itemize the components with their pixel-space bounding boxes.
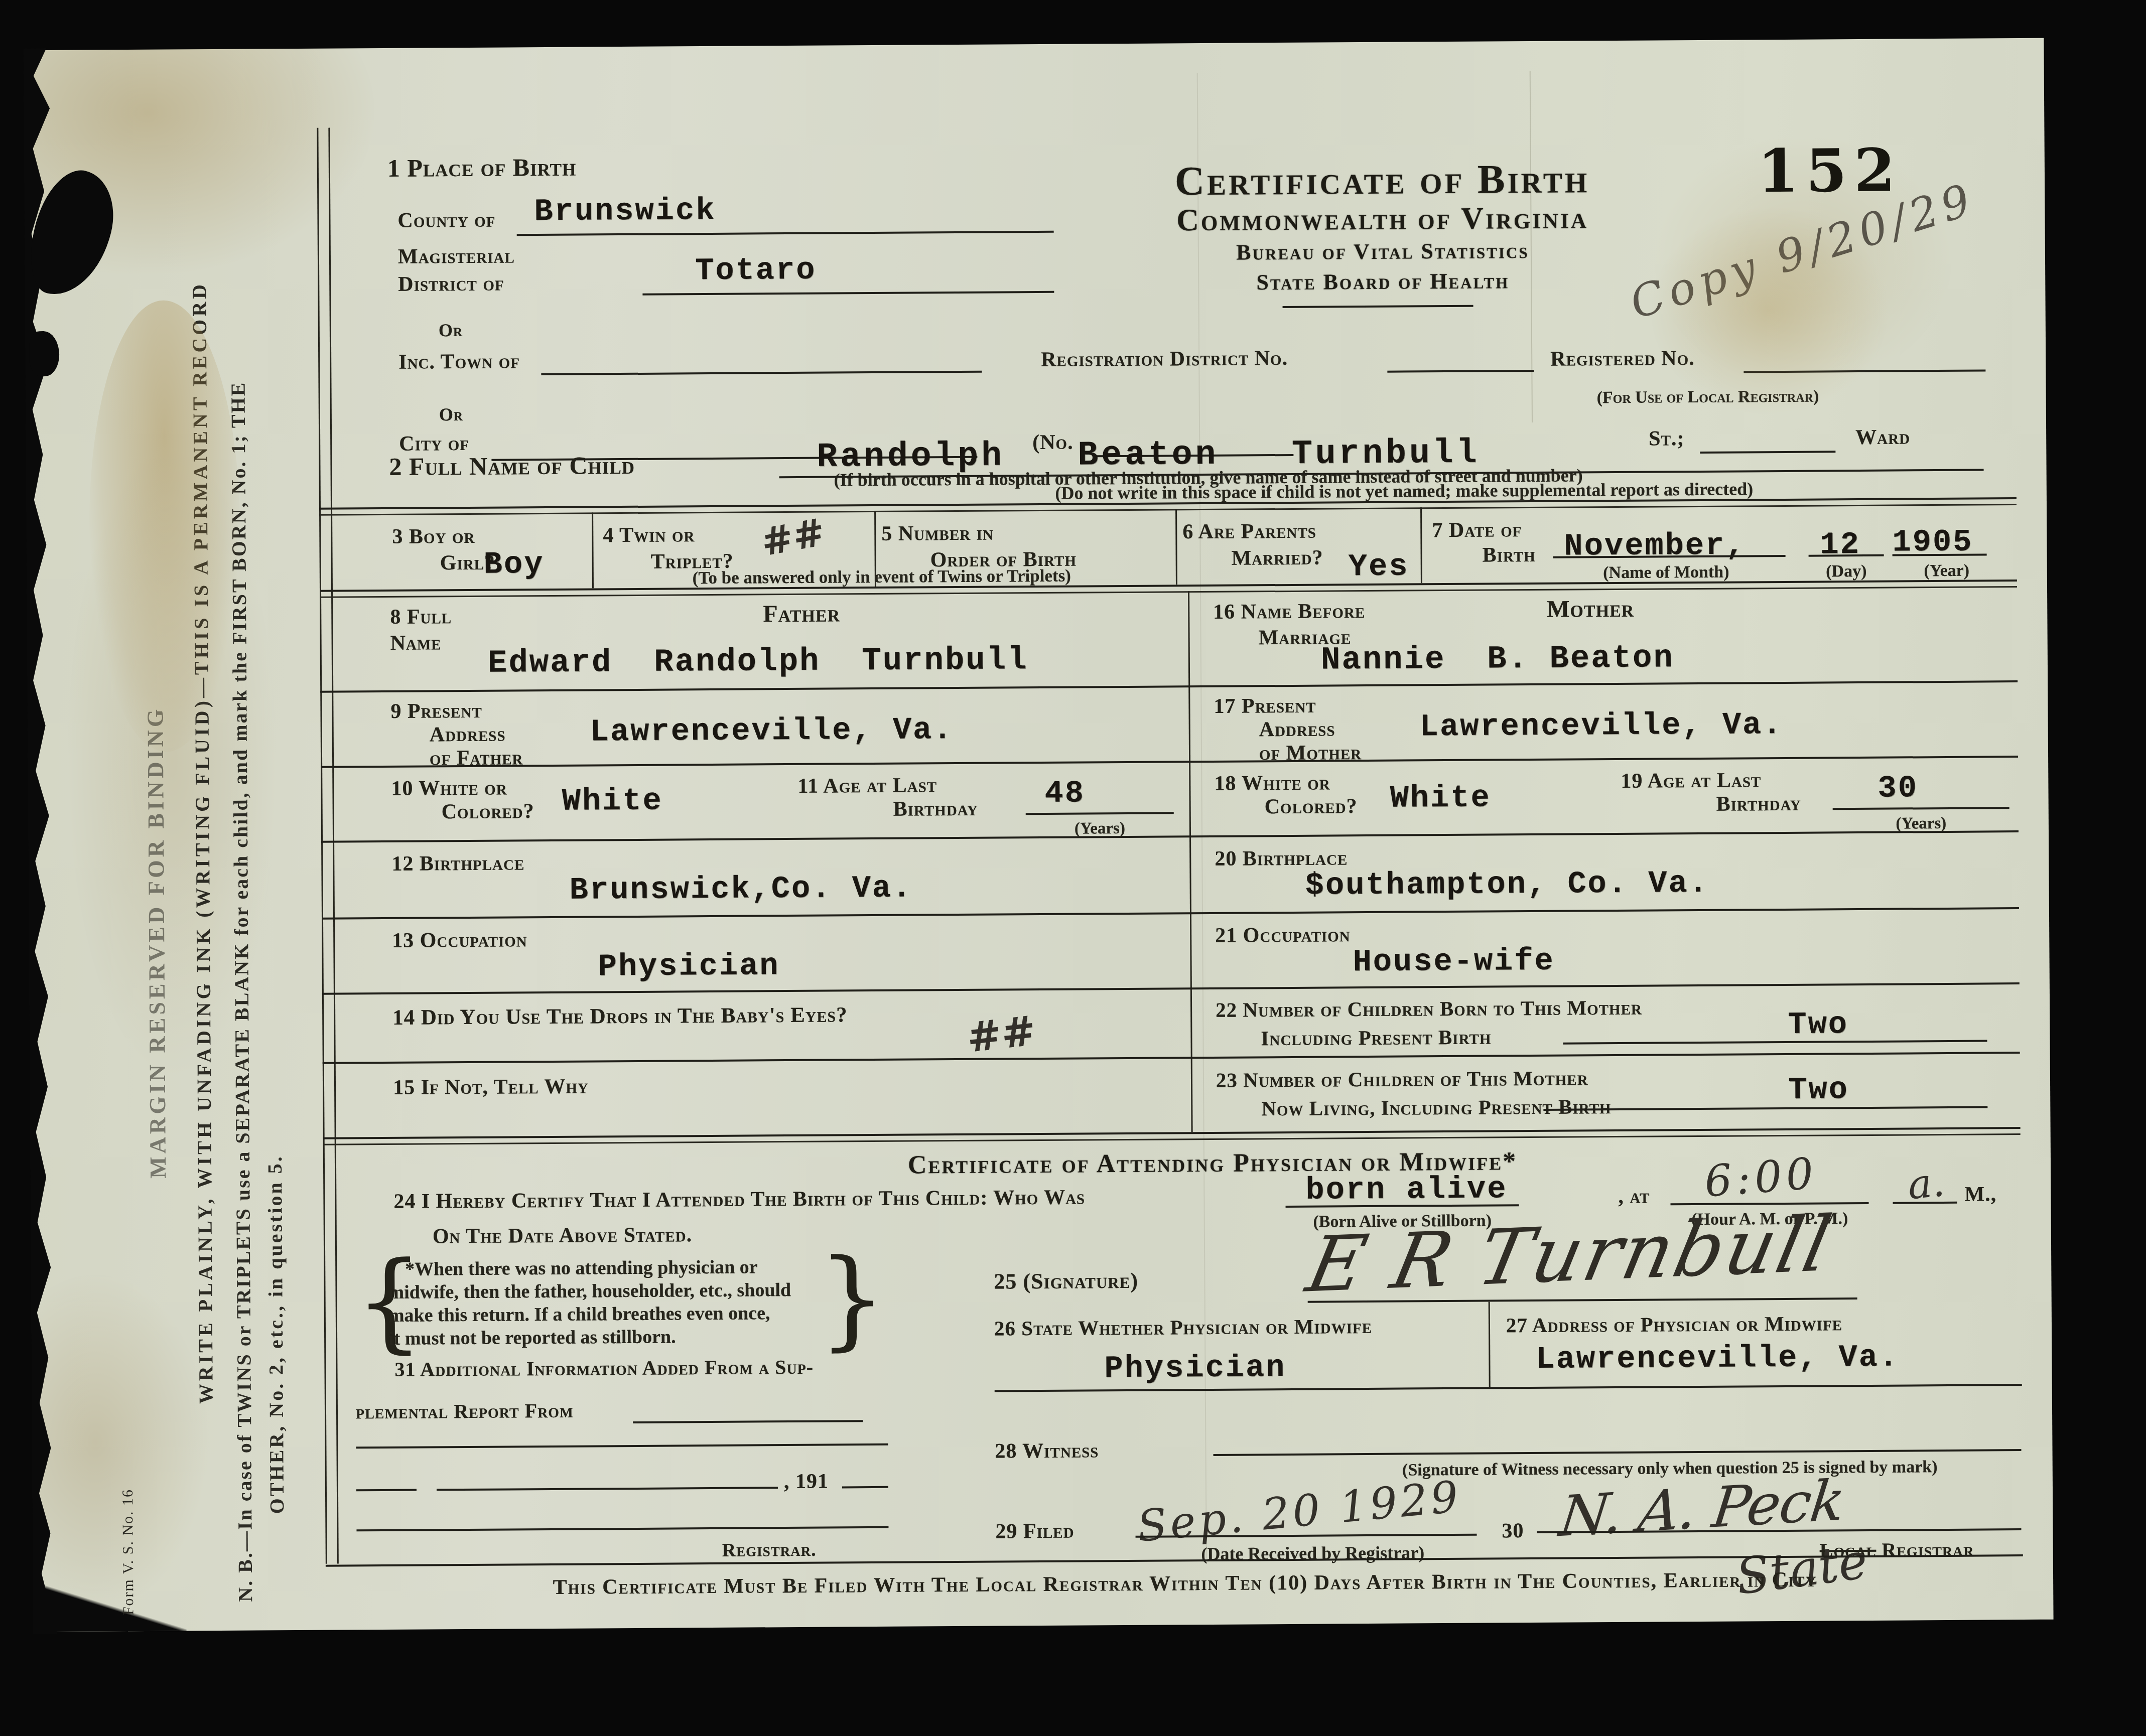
q29-filed-date: Sep. 20 1929 [1135, 1472, 1463, 1552]
certificate-title: Certificate of Birth [1106, 155, 1659, 205]
q10-value: White [562, 783, 662, 819]
q7-month-value: November, [1564, 527, 1746, 564]
q21-value: House-wife [1353, 943, 1554, 980]
q17-value: Lawrenceville, Va. [1419, 707, 1783, 745]
inc-town-line [541, 371, 982, 375]
q14-value: ## [965, 1006, 1038, 1062]
registrar-label: Registrar [1882, 1538, 1974, 1561]
q24-at-label: , at [1618, 1185, 1650, 1209]
q18-label-2: Colored? [1265, 794, 1358, 819]
q12-value: Brunswick,Co. Va. [569, 871, 912, 908]
q22-value: Two [1788, 1006, 1848, 1043]
rule-r13 [322, 982, 2020, 995]
q28-line [1214, 1449, 2022, 1456]
district-line [642, 291, 1054, 296]
rule-c1 [323, 1127, 2021, 1139]
q30-label: 30 [1502, 1519, 1524, 1543]
rule-r8 [320, 680, 2018, 693]
rule-r12 [322, 907, 2019, 920]
q4-label-1: 4 Twin or [603, 523, 695, 547]
q27-value: Lawrenceville, Va. [1536, 1340, 1899, 1377]
q24-ampm-value: a. [1906, 1159, 1946, 1208]
q31-line-2 [356, 1443, 888, 1449]
registrar-left-label: Registrar. [722, 1539, 817, 1561]
board-line: State Board of Health [1107, 267, 1659, 296]
county-line [517, 231, 1054, 236]
commonwealth-subtitle: Commonwealth of Virginia [1106, 200, 1658, 239]
mother-header: Mother [1510, 595, 1671, 623]
q24-line2: On The Date Above Stated. [433, 1223, 693, 1248]
q20-label: 20 Birthplace [1215, 846, 1348, 871]
brace-right-icon: } [818, 1244, 887, 1353]
q19-caption: (Years) [1833, 814, 2009, 833]
stillborn-note-line3: make this return. If a child breathes ev… [388, 1302, 770, 1327]
form-number: Form V. S. No. 16 [119, 1404, 138, 1615]
margin-rule-inner [328, 128, 338, 1564]
q31-line-1 [633, 1420, 863, 1423]
scanned-birth-certificate: { "margin": { "form_no": "Form V. S. No.… [0, 0, 2146, 1736]
q12-label: 12 Birthplace [391, 851, 524, 876]
q27-label: 27 Address of Physician or Midwife [1506, 1311, 1842, 1337]
q24-line1: 24 I Hereby Certify That I Attended The … [393, 1185, 1085, 1213]
q7-day-value: 12 [1820, 527, 1860, 562]
q4-value: ## [757, 509, 828, 564]
registration-district-line [1387, 370, 1534, 373]
full-name-label: 2 Full Name of Child [389, 451, 635, 481]
stillborn-note-line1: *When there was no attending physician o… [405, 1256, 758, 1280]
certificate-paper: Form V. S. No. 16 MARGIN RESERVED FOR BI… [26, 38, 2053, 1632]
q31-line-3b [437, 1487, 778, 1491]
full-name-value: Randolph Beaton Turnbull [817, 434, 1480, 477]
q8-value: Edward Randolph Turnbull [488, 642, 1028, 682]
q6-label-2: Married? [1231, 546, 1323, 570]
q24-ampm-line [1893, 1202, 1957, 1204]
q18-value: White [1390, 780, 1491, 816]
q13-value: Physician [598, 948, 779, 984]
q19-label-1: 19 Age at Last [1621, 768, 1761, 793]
divider-6-7 [1420, 507, 1422, 583]
q24-born-value: born alive [1305, 1171, 1507, 1208]
q31-year-blank: , 191 [784, 1470, 829, 1494]
q6-label-1: 6 Are Parents [1182, 519, 1316, 544]
q31-line-3a [356, 1489, 417, 1492]
q8-label-2: Name [390, 631, 441, 655]
divider-father-mother [1188, 591, 1193, 1132]
q3-label-1: 3 Boy or [392, 524, 475, 549]
st-label: St.; [1649, 426, 1684, 451]
district-value: Totaro [695, 252, 817, 288]
or-label-2: Or [439, 404, 463, 425]
rule-a2 [319, 504, 2017, 516]
q22-line [1563, 1040, 1987, 1044]
q19-value: 30 [1877, 770, 1918, 806]
rule-r9 [321, 756, 2018, 768]
q11-value: 48 [1044, 775, 1085, 811]
q21-label: 21 Occupation [1215, 923, 1351, 948]
q24-hour-value: 6:00 [1703, 1148, 1819, 1207]
q24-m-label: M., [1964, 1182, 1996, 1206]
ward-label: Ward [1855, 425, 1910, 450]
header-underline [1283, 305, 1473, 308]
q7-day-caption: (Day) [1809, 562, 1884, 582]
margin-nb-note-line2: OTHER, No. 2, etc., in question 5. [262, 1002, 289, 1514]
q19-line [1833, 807, 2009, 810]
bureau-line: Bureau of Vital Statistics [1107, 237, 1659, 266]
q31-line-4 [356, 1526, 888, 1531]
registration-district-label: Registration District No. [1041, 346, 1288, 372]
margin-nb-note-line1: N. B.—In case of TWINS or TRIPLETS use a… [225, 157, 257, 1602]
county-value: Brunswick [534, 193, 716, 229]
q11-caption: (Years) [1026, 819, 1174, 838]
margin-rule-outer [317, 128, 327, 1564]
rule-b2 [320, 586, 2017, 598]
q6-value: Yes [1349, 548, 1409, 585]
q31-line-3c [842, 1486, 888, 1489]
q11-label-1: 11 Age at Last [797, 773, 937, 798]
q28-label: 28 Witness [995, 1438, 1099, 1463]
q13-label: 13 Occupation [392, 928, 527, 953]
attending-title: Certificate of Attending Physician or Mi… [610, 1145, 1815, 1182]
divider-26-27 [1489, 1302, 1491, 1387]
magisterial-label: Magisterial [398, 244, 515, 268]
corner-fold [36, 1583, 187, 1632]
q7-label-2: Birth [1482, 543, 1535, 567]
q7-label-1: 7 Date of [1432, 518, 1522, 542]
divider-5-6 [1175, 509, 1177, 585]
q11-line [1026, 812, 1174, 815]
q17-label-3: of Mother [1259, 741, 1362, 765]
st-line [1700, 451, 1835, 454]
q11-label-2: Birthday [893, 797, 979, 821]
margin-stain [88, 300, 241, 753]
q18-label-1: 18 White or [1214, 771, 1330, 795]
q9-value: Lawrenceville, Va. [590, 712, 954, 750]
q8-label-1: 8 Full [390, 605, 452, 629]
q26-value: Physician [1104, 1350, 1286, 1386]
q7-day-line [1809, 554, 1884, 557]
divider-3-4 [592, 512, 594, 588]
stillborn-note-line4: it must not be reported as stillborn. [388, 1326, 676, 1349]
certificate-number-stamp: 152 [1758, 135, 1903, 206]
stillborn-note-line2: midwife, then the father, householder, e… [388, 1279, 791, 1304]
rule-c2 [323, 1133, 2021, 1145]
q10-label-1: 10 White or [391, 776, 507, 800]
q7-month-caption: (Name of Month) [1579, 562, 1754, 583]
q30-registrar-signature: N. A. Peck [1556, 1468, 1847, 1550]
q10-label-2: Colored? [442, 799, 534, 824]
q19-label-2: Birthday [1716, 792, 1802, 816]
q26-label: 26 State Whether Physician or Midwife [994, 1314, 1372, 1341]
q23-value: Two [1788, 1072, 1849, 1108]
q23-label-1: 23 Number of Children of This Mother [1216, 1066, 1588, 1092]
county-label: County of [397, 208, 495, 233]
q22-label-2: Including Present Birth [1261, 1025, 1491, 1051]
rule-b1 [320, 580, 2017, 592]
district-of-label: District of [398, 272, 504, 297]
q31-label-1: 31 Additional Information Added From a S… [394, 1355, 814, 1381]
q23-label-2: Now Living, Including Present Birth [1261, 1094, 1611, 1120]
q14-label: 14 Did You Use The Drops in The Baby's E… [392, 1002, 848, 1030]
q22-label-1: 22 Number of Children Born to This Mothe… [1216, 995, 1642, 1022]
q25-label: 25 (Signature) [994, 1268, 1138, 1294]
q17-label-1: 17 Present [1214, 694, 1316, 718]
top-right-stain [1648, 205, 1891, 417]
q29-label: 29 Filed [995, 1519, 1074, 1544]
q16-value: Nannie B. Beaton [1321, 640, 1674, 678]
q9-label-3: of Father [430, 746, 523, 770]
q5-label-1: 5 Number in [881, 521, 994, 546]
section1-place-of-birth: 1 Place of Birth [387, 153, 577, 183]
q17-label-2: Address [1259, 717, 1335, 742]
q20-value: $outhampton, Co. Va. [1305, 865, 1709, 904]
or-label-1: Or [439, 320, 463, 341]
q31-label-2: plemental Report From [356, 1399, 574, 1424]
father-header: Father [726, 600, 877, 628]
q16-label-1: 16 Name Before [1213, 599, 1365, 624]
q7-year-caption: (Year) [1907, 561, 1987, 581]
q9-label-1: 9 Present [390, 699, 482, 724]
q3-value: Boy [483, 546, 544, 583]
q15-label: 15 If Not, Tell Why [393, 1075, 589, 1100]
rule-r14 [323, 1052, 2020, 1064]
q9-label-2: Address [430, 722, 506, 747]
inc-town-label: Inc. Town of [398, 349, 520, 374]
